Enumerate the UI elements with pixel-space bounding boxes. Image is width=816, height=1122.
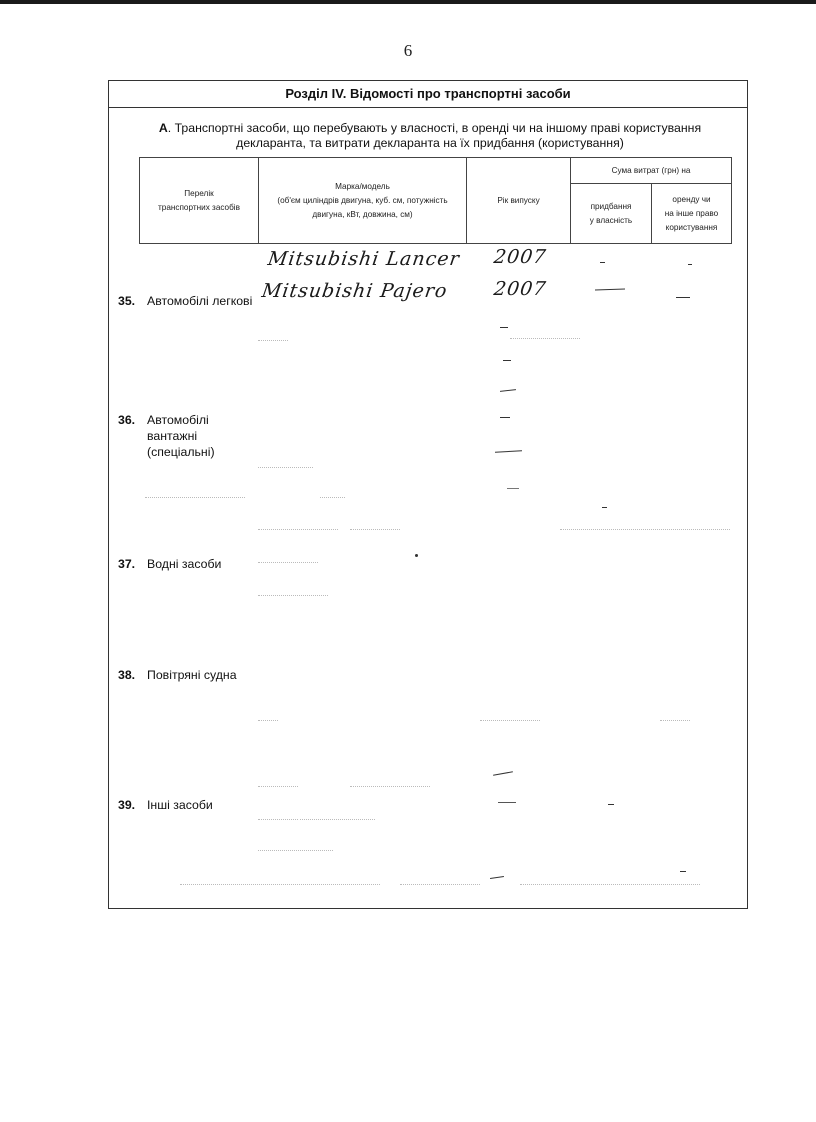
- year-dash: [500, 417, 510, 418]
- section-title: Розділ IV. Відомості про транспортні зас…: [108, 80, 748, 108]
- rent-dash: [680, 871, 686, 872]
- header-rent: оренду чина інше правокористування: [651, 183, 732, 244]
- subsection-letter: А: [159, 121, 168, 135]
- vehicle-2-model: Mitsubishi Pajero: [260, 280, 449, 302]
- scan-speck: [350, 529, 400, 531]
- vehicle-2-rent-dash: [676, 297, 690, 298]
- scan-speck: [510, 338, 580, 340]
- scan-speck: [258, 529, 338, 531]
- year-dash: [498, 802, 516, 803]
- scan-speck: [660, 720, 690, 722]
- header-make-model: Марка/модель(об'єм циліндрів двигуна, ку…: [258, 157, 467, 244]
- header-year: Рік випуску: [466, 157, 571, 244]
- year-dash: [507, 488, 519, 489]
- scan-top-edge: [0, 0, 816, 4]
- scan-speck: [480, 720, 540, 722]
- scan-speck: [258, 720, 278, 722]
- scan-speck: [350, 786, 430, 788]
- scan-speck: [258, 340, 288, 342]
- vehicle-1-rent-dash: [688, 264, 692, 265]
- scan-speck: [258, 562, 318, 564]
- year-dash: [503, 360, 511, 361]
- header-transport-list: Переліктранспортних засобів: [139, 157, 259, 244]
- scan-speck: [320, 497, 345, 499]
- year-dash: [500, 327, 508, 328]
- page-number: 6: [0, 41, 816, 61]
- scan-speck: [400, 884, 480, 886]
- subsection-text-line2: декларанта, та витрати декларанта на їх …: [120, 136, 740, 151]
- scan-speck: [258, 467, 313, 469]
- scan-speck: [300, 819, 375, 821]
- scan-speck: [145, 497, 245, 499]
- vehicle-1-model: Mitsubishi Lancer: [266, 248, 461, 270]
- scan-speck: [560, 529, 730, 531]
- purchase-dash: [608, 804, 614, 805]
- subsection-text-line1: . Транспортні засоби, що перебувають у в…: [168, 121, 701, 135]
- subsection-heading: А. Транспортні засоби, що перебувають у …: [120, 121, 740, 151]
- purchase-dash: [602, 507, 607, 508]
- scan-speck: [180, 884, 380, 886]
- scan-dot: [415, 554, 418, 557]
- scan-speck: [520, 884, 700, 886]
- vehicle-1-purchase-dash: [600, 262, 605, 263]
- header-expenses-group: Сума витрат (грн) на: [570, 157, 732, 184]
- vehicle-2-year: 2007: [492, 278, 547, 300]
- scan-speck: [258, 595, 328, 597]
- scan-speck: [258, 786, 298, 788]
- header-purchase: придбанняу власність: [570, 183, 652, 244]
- scan-speck: [258, 819, 298, 821]
- vehicle-1-year: 2007: [492, 246, 547, 268]
- scan-speck: [258, 850, 333, 852]
